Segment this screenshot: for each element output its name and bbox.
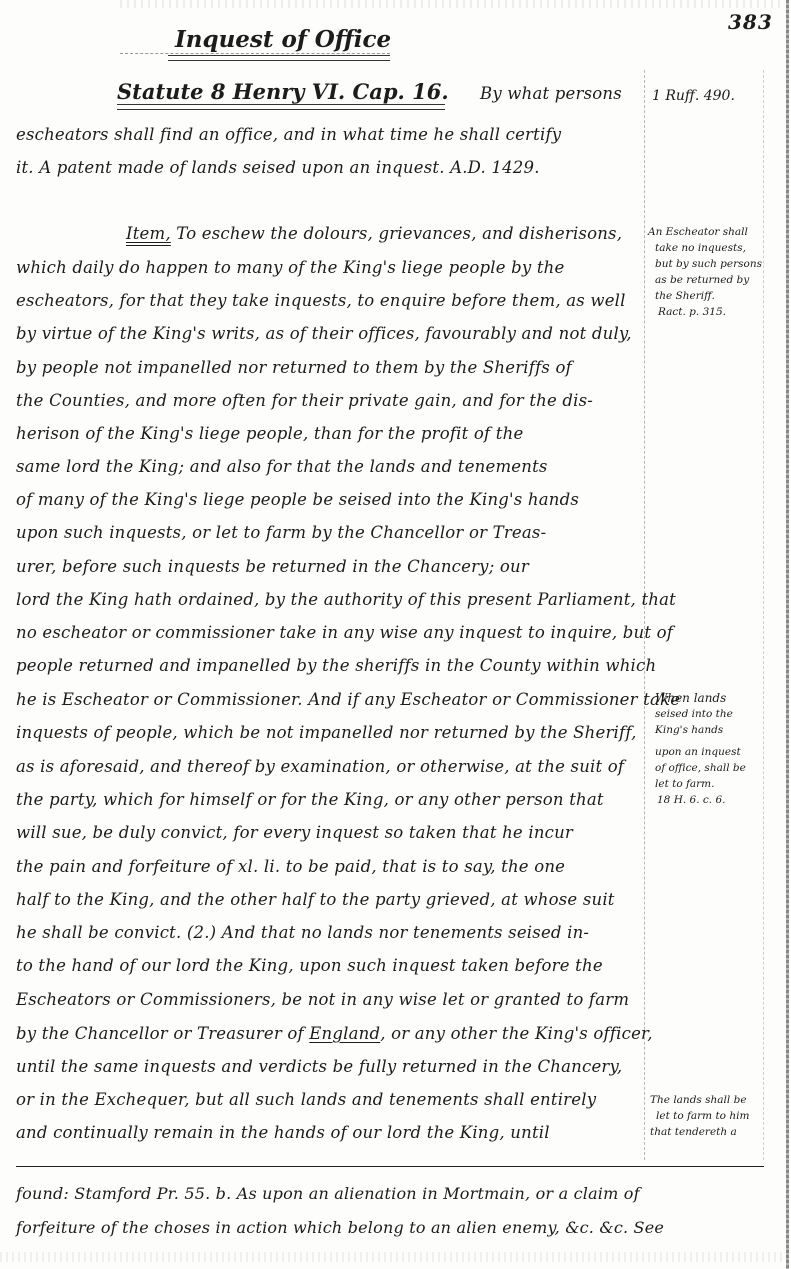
intro-line: it. A patent made of lands seised upon a…: [16, 158, 540, 177]
body-line: by virtue of the King's writs, as of the…: [16, 324, 632, 343]
margin-note-line: let to farm to him: [650, 1108, 749, 1124]
margin-note-escheator: An Escheator shall take no inquests, but…: [648, 224, 762, 320]
body-line: upon such inquests, or let to farm by th…: [16, 523, 546, 542]
body-line: urer, before such inquests be returned i…: [16, 557, 529, 576]
statute-heading: Statute 8 Henry VI. Cap. 16.: [117, 79, 449, 104]
margin-note-lands-seised: When lands seised into the King's hands …: [655, 690, 746, 808]
outer-margin-rule: [763, 70, 764, 1160]
body-line: inquests of people, which be not impanel…: [16, 723, 637, 742]
england-word: England: [309, 1024, 380, 1043]
scan-noise-bottom: [0, 1252, 791, 1262]
body-line: will sue, be duly convict, for every inq…: [16, 823, 573, 842]
margin-note-line: let to farm.: [655, 776, 746, 792]
body-line: of many of the King's liege people be se…: [16, 490, 579, 509]
body-line: the pain and forfeiture of xl. li. to be…: [16, 857, 565, 876]
body-line: he is Escheator or Commissioner. And if …: [16, 690, 680, 709]
title-rule: [120, 53, 390, 54]
body-line: and continually remain in the hands of o…: [16, 1123, 550, 1142]
margin-note-line: 1 Ruff. 490.: [652, 88, 735, 104]
body-line: by people not impanelled nor returned to…: [16, 358, 572, 377]
margin-note-line: that tendereth a: [650, 1124, 749, 1140]
page-number: 383: [728, 10, 773, 34]
body-line: to the hand of our lord the King, upon s…: [16, 956, 603, 975]
body-line: same lord the King; and also for that th…: [16, 457, 548, 476]
body-line: or in the Exchequer, but all such lands …: [16, 1090, 596, 1109]
title-underline: [168, 55, 390, 61]
margin-note-line: Ract. p. 315.: [648, 304, 762, 320]
margin-note-line: An Escheator shall: [648, 224, 762, 240]
margin-note-line: upon an inquest: [655, 744, 746, 760]
body-text: , or any other the King's officer,: [380, 1024, 653, 1043]
margin-note-line: take no inquests,: [648, 240, 762, 256]
body-line: herison of the King's liege people, than…: [16, 424, 523, 443]
body-line-first: Item, To eschew the dolours, grievances,…: [126, 224, 622, 243]
margin-note-lands-farm: The lands shall be let to farm to him th…: [650, 1092, 749, 1140]
heading-tail: By what persons: [480, 84, 622, 103]
margin-note-line: seised into the: [655, 706, 746, 722]
margin-rule: [644, 70, 645, 1160]
scan-noise-top: [120, 0, 780, 8]
intro-line: escheators shall find an office, and in …: [16, 125, 561, 144]
body-line: the Counties, and more often for their p…: [16, 391, 593, 410]
margin-note-line: as be returned by: [648, 272, 762, 288]
margin-note-citation: 1 Ruff. 490.: [652, 88, 735, 104]
body-line: which daily do happen to many of the Kin…: [16, 258, 564, 277]
body-text: by the Chancellor or Treasurer of: [16, 1024, 304, 1043]
footnote-line: found: Stamford Pr. 55. b. As upon an al…: [16, 1184, 640, 1203]
margin-note-line: 18 H. 6. c. 6.: [655, 792, 746, 808]
margin-note-line: King's hands: [655, 722, 746, 738]
margin-note-line: but by such persons: [648, 256, 762, 272]
body-line: half to the King, and the other half to …: [16, 890, 615, 909]
margin-note-line: The lands shall be: [650, 1092, 749, 1108]
body-line-england: by the Chancellor or Treasurer of Englan…: [16, 1024, 653, 1043]
page-edge: [786, 0, 789, 1269]
statute-underline: [117, 104, 445, 110]
body-line: as is aforesaid, and thereof by examinat…: [16, 757, 624, 776]
footnote-line: forfeiture of the choses in action which…: [16, 1218, 664, 1237]
page-title: Inquest of Office: [175, 26, 391, 53]
body-line: until the same inquests and verdicts be …: [16, 1057, 622, 1076]
body-line: the party, which for himself or for the …: [16, 790, 604, 809]
body-line: Escheators or Commissioners, be not in a…: [16, 990, 629, 1009]
footnote-rule: [16, 1166, 764, 1167]
body-line: no escheator or commissioner take in any…: [16, 623, 673, 642]
body-line: people returned and impanelled by the sh…: [16, 656, 656, 675]
margin-note-line: of office, shall be: [655, 760, 746, 776]
item-word: Item,: [126, 224, 171, 243]
margin-note-line: When lands: [655, 690, 746, 706]
body-line: escheators, for that they take inquests,…: [16, 291, 626, 310]
manuscript-page: 383 Inquest of Office Statute 8 Henry VI…: [0, 0, 791, 1269]
body-text: To eschew the dolours, grievances, and d…: [176, 224, 622, 243]
body-line: lord the King hath ordained, by the auth…: [16, 590, 676, 609]
body-line: he shall be convict. (2.) And that no la…: [16, 923, 589, 942]
margin-note-line: the Sheriff.: [648, 288, 762, 304]
